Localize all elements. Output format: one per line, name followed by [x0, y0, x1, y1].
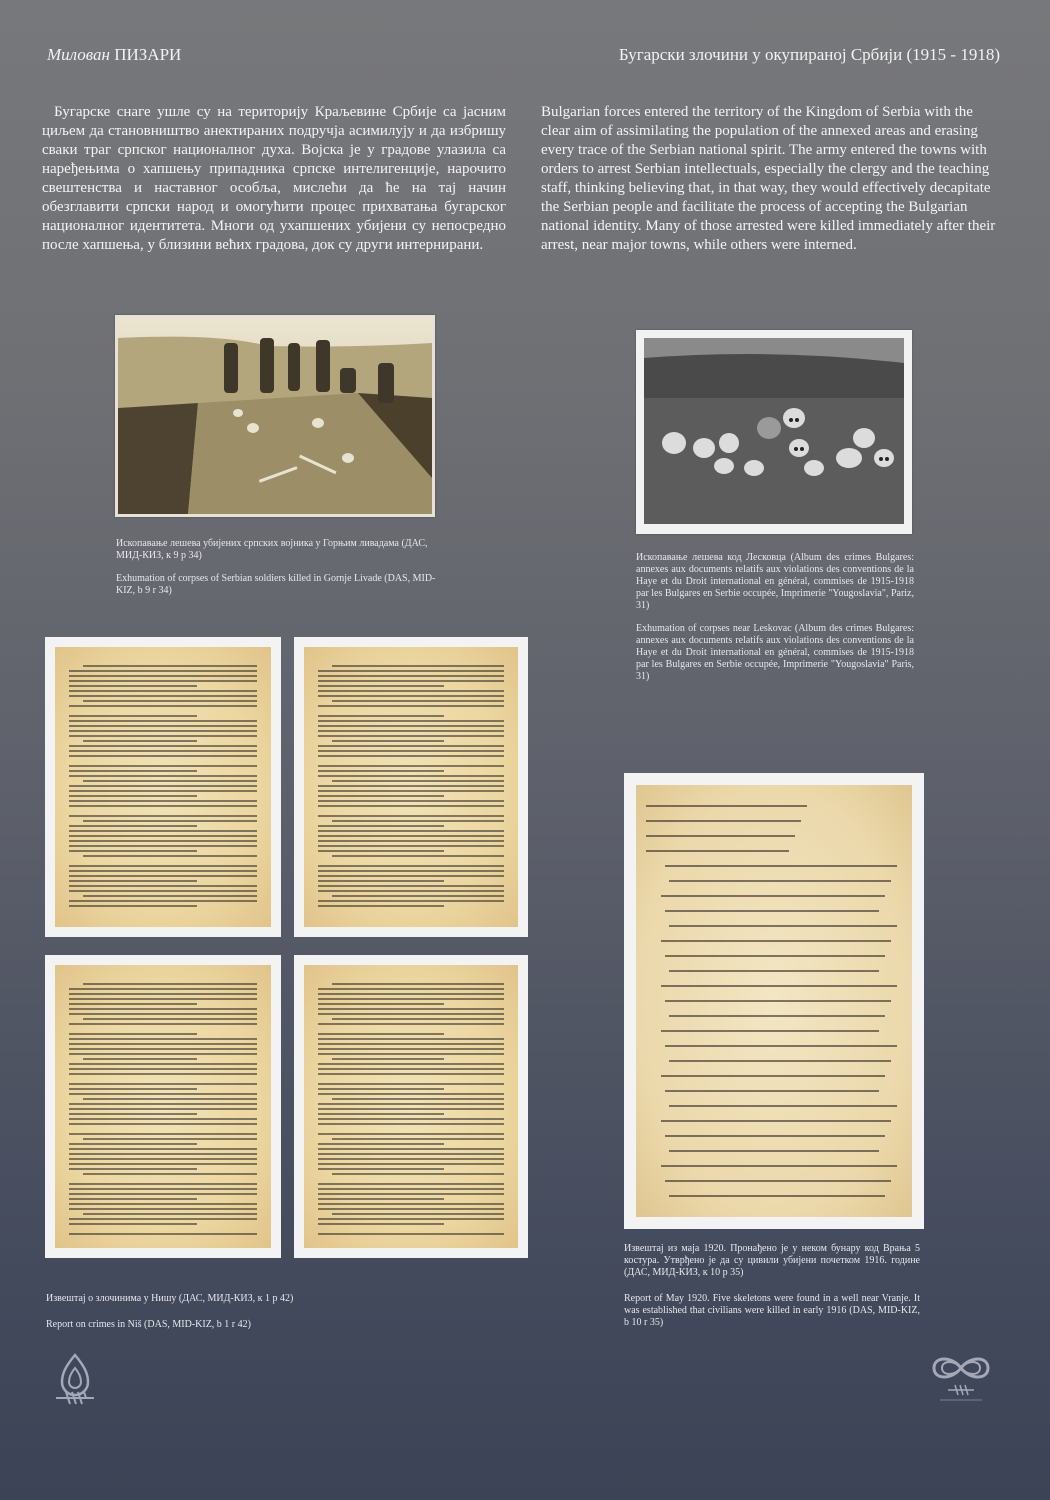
text-line	[69, 745, 257, 747]
text-line	[669, 880, 891, 882]
caption-gornje-livade-en: Exhumation of corpses of Serbian soldier…	[116, 573, 446, 597]
text-line	[669, 1195, 885, 1197]
text-line	[318, 795, 444, 797]
text-line	[318, 1168, 444, 1170]
text-line	[332, 700, 504, 702]
intro-text-serbian: Бугарске снаге ушле су на територију Кра…	[42, 103, 506, 255]
text-line	[318, 1148, 504, 1150]
text-line	[83, 1213, 257, 1215]
text-line	[665, 955, 885, 957]
text-line	[318, 890, 504, 892]
author-last-name: ПИЗАРИ	[114, 45, 181, 64]
author-first-name: Милован	[47, 45, 110, 64]
text-line	[69, 735, 257, 737]
text-line	[332, 1138, 504, 1140]
text-line	[318, 775, 504, 777]
text-line	[318, 805, 504, 807]
text-line	[646, 850, 789, 852]
text-line	[69, 885, 257, 887]
text-line	[69, 1088, 197, 1090]
text-line	[661, 1030, 879, 1032]
text-line	[69, 1048, 257, 1050]
text-line	[332, 1058, 444, 1060]
text-line	[69, 835, 257, 837]
text-line	[318, 1203, 504, 1205]
text-line	[69, 830, 257, 832]
text-line	[69, 1023, 257, 1025]
text-line	[332, 983, 504, 985]
skulls-photo-icon	[644, 338, 904, 524]
infinity-knot-icon	[930, 1352, 992, 1407]
text-line	[318, 830, 504, 832]
text-line	[69, 715, 197, 717]
text-line	[669, 970, 879, 972]
text-line	[69, 1053, 257, 1055]
text-line	[318, 1063, 504, 1065]
text-line	[318, 1073, 504, 1075]
text-line	[661, 1075, 885, 1077]
text-line	[69, 905, 197, 907]
text-line	[318, 815, 504, 817]
exhumation-photo-icon	[118, 318, 432, 514]
text-line	[69, 755, 257, 757]
text-line	[318, 735, 504, 737]
text-line	[318, 675, 504, 677]
text-line	[318, 1038, 504, 1040]
text-line	[332, 855, 504, 857]
text-line	[318, 840, 504, 842]
nis-report-page-3	[45, 955, 281, 1258]
caption-vranje-report-sr: Извештај из маја 1920. Пронађено је у не…	[624, 1243, 920, 1279]
genocide-victims-foundation-logo	[930, 1352, 992, 1407]
text-line	[69, 695, 257, 697]
text-line	[69, 720, 257, 722]
text-line	[318, 1048, 504, 1050]
text-line	[669, 1060, 891, 1062]
text-line	[69, 770, 197, 772]
caption-vranje-report: Извештај из маја 1920. Пронађено је у не…	[624, 1243, 920, 1340]
text-line	[318, 755, 504, 757]
text-line	[318, 1153, 504, 1155]
text-line	[318, 1183, 504, 1185]
text-line	[83, 780, 257, 782]
text-line	[318, 1163, 504, 1165]
text-line	[318, 770, 444, 772]
text-line	[69, 1093, 257, 1095]
text-line	[69, 1218, 257, 1220]
caption-gornje-livade: Ископавање лешева убијених српских војни…	[116, 538, 446, 608]
text-line	[69, 880, 197, 882]
text-line	[332, 1018, 504, 1020]
text-line	[69, 1103, 257, 1105]
text-line	[318, 1003, 444, 1005]
text-line	[318, 1043, 504, 1045]
text-line	[318, 1233, 504, 1235]
text-line	[69, 1063, 257, 1065]
text-line	[318, 750, 504, 752]
text-line	[69, 815, 257, 817]
text-line	[69, 675, 257, 677]
text-line	[318, 993, 504, 995]
text-line	[69, 1168, 197, 1170]
text-line	[318, 1158, 504, 1160]
text-line	[69, 850, 197, 852]
text-line	[69, 865, 257, 867]
photo-gornje-livade	[115, 315, 435, 517]
text-line	[69, 875, 257, 877]
text-line	[69, 765, 257, 767]
text-line	[665, 1180, 891, 1182]
text-line	[318, 715, 444, 717]
text-line	[318, 900, 504, 902]
nis-report-page-1	[45, 637, 281, 937]
caption-vranje-report-en: Report of May 1920. Five skeletons were …	[624, 1293, 920, 1329]
text-line	[318, 1218, 504, 1220]
text-line	[318, 875, 504, 877]
text-line	[318, 850, 444, 852]
text-line	[69, 900, 257, 902]
text-line	[83, 820, 257, 822]
text-line	[661, 1120, 891, 1122]
text-line	[69, 685, 197, 687]
text-line	[646, 820, 801, 822]
text-line	[69, 1143, 197, 1145]
text-line	[83, 1138, 257, 1140]
caption-nis-report-sr: Извештај о злочинима у Нишу (ДАС, МИД-КИ…	[46, 1293, 346, 1305]
text-line	[69, 1108, 257, 1110]
text-line	[69, 1208, 257, 1210]
text-line	[69, 1183, 257, 1185]
text-line	[69, 1223, 197, 1225]
text-line	[318, 1008, 504, 1010]
text-line	[69, 790, 257, 792]
text-line	[318, 1093, 504, 1095]
text-line	[332, 1098, 504, 1100]
caption-leskovac: Ископавање лешева код Лесковца (Album de…	[636, 552, 914, 694]
text-line	[69, 988, 257, 990]
intro-text-english: Bulgarian forces entered the territory o…	[541, 103, 1001, 255]
text-line	[661, 1165, 897, 1167]
text-line	[318, 1053, 504, 1055]
caption-leskovac-sr: Ископавање лешева код Лесковца (Album de…	[636, 552, 914, 612]
text-line	[69, 1163, 257, 1165]
text-line	[83, 740, 197, 742]
text-line	[318, 785, 504, 787]
text-line	[83, 1018, 257, 1020]
typewritten-page	[55, 965, 271, 1248]
text-line	[69, 825, 197, 827]
text-line	[318, 1198, 444, 1200]
text-line	[69, 730, 257, 732]
text-line	[318, 845, 504, 847]
text-line	[69, 805, 257, 807]
text-line	[69, 1123, 257, 1125]
text-line	[661, 985, 897, 987]
text-line	[332, 780, 504, 782]
text-line	[318, 685, 444, 687]
text-line	[318, 998, 504, 1000]
text-line	[83, 665, 257, 667]
typewritten-page	[304, 965, 518, 1248]
text-line	[83, 1098, 257, 1100]
text-line	[69, 785, 257, 787]
text-line	[69, 1003, 197, 1005]
text-line	[69, 1133, 257, 1135]
text-line	[669, 1105, 897, 1107]
text-line	[69, 1193, 257, 1195]
text-line	[69, 1233, 257, 1235]
text-line	[318, 680, 504, 682]
text-line	[318, 1023, 504, 1025]
text-line	[69, 1068, 257, 1070]
text-line	[318, 1083, 504, 1085]
text-line	[69, 800, 257, 802]
text-line	[69, 1073, 257, 1075]
text-line	[69, 998, 257, 1000]
text-line	[318, 720, 504, 722]
text-line	[318, 800, 504, 802]
text-line	[332, 820, 504, 822]
text-line	[318, 690, 504, 692]
text-line	[69, 993, 257, 995]
handwritten-page	[636, 785, 912, 1217]
text-line	[318, 1108, 504, 1110]
text-line	[669, 1150, 879, 1152]
typewritten-page	[55, 647, 271, 927]
text-line	[69, 890, 257, 892]
text-line	[69, 680, 257, 682]
caption-nis-report: Извештај о злочинима у Нишу (ДАС, МИД-КИ…	[46, 1293, 346, 1342]
caption-gornje-livade-sr: Ископавање лешева убијених српских војни…	[116, 538, 446, 562]
text-line	[318, 765, 504, 767]
page-title: Бугарски злочини у окупираној Србији (19…	[619, 45, 1000, 65]
text-line	[69, 1198, 197, 1200]
text-line	[83, 895, 257, 897]
text-line	[69, 690, 257, 692]
text-line	[665, 1045, 897, 1047]
text-line	[69, 1033, 197, 1035]
text-line	[318, 1113, 444, 1115]
text-line	[665, 1135, 885, 1137]
text-line	[69, 1148, 257, 1150]
text-line	[69, 750, 257, 752]
text-line	[332, 740, 444, 742]
text-line	[318, 725, 504, 727]
text-line	[69, 670, 257, 672]
nis-report-page-2	[294, 637, 528, 937]
genocide-museum-logo	[50, 1352, 100, 1412]
text-line	[69, 705, 257, 707]
text-line	[332, 895, 504, 897]
text-line	[318, 730, 504, 732]
text-line	[318, 905, 444, 907]
text-line	[83, 1173, 257, 1175]
text-line	[332, 665, 504, 667]
text-line	[69, 870, 257, 872]
caption-leskovac-en: Exhumation of corpses near Leskovac (Alb…	[636, 623, 914, 683]
text-line	[318, 670, 504, 672]
text-line	[661, 895, 885, 897]
text-line	[69, 775, 257, 777]
text-line	[318, 865, 504, 867]
text-line	[669, 1015, 885, 1017]
text-line	[646, 835, 795, 837]
text-line	[646, 805, 807, 807]
caption-nis-report-en: Report on crimes in Niš (DAS, MID-KIZ, b…	[46, 1319, 346, 1331]
text-line	[665, 1090, 879, 1092]
text-line	[83, 1058, 197, 1060]
text-line	[665, 910, 879, 912]
text-line	[318, 695, 504, 697]
text-line	[318, 1118, 504, 1120]
text-line	[318, 705, 504, 707]
author-name: Милован ПИЗАРИ	[47, 45, 181, 65]
text-line	[69, 725, 257, 727]
text-line	[69, 1043, 257, 1045]
text-line	[318, 1103, 504, 1105]
text-line	[318, 1143, 444, 1145]
typewritten-page	[304, 647, 518, 927]
text-line	[318, 745, 504, 747]
text-line	[69, 1158, 257, 1160]
text-line	[69, 1013, 257, 1015]
text-line	[665, 865, 897, 867]
text-line	[318, 1208, 504, 1210]
text-line	[318, 1033, 444, 1035]
text-line	[69, 1153, 257, 1155]
text-line	[69, 1008, 257, 1010]
text-line	[83, 855, 257, 857]
text-line	[69, 840, 257, 842]
text-line	[83, 983, 257, 985]
text-line	[318, 880, 444, 882]
text-line	[69, 1083, 257, 1085]
text-line	[661, 940, 891, 942]
text-line	[332, 1213, 504, 1215]
text-line	[318, 1193, 504, 1195]
text-line	[332, 1173, 504, 1175]
text-line	[69, 1118, 257, 1120]
text-line	[318, 1123, 504, 1125]
text-line	[69, 845, 257, 847]
text-line	[83, 700, 257, 702]
text-line	[318, 825, 444, 827]
flame-barbed-wire-icon	[50, 1352, 100, 1412]
text-line	[69, 1113, 197, 1115]
text-line	[318, 1013, 504, 1015]
text-line	[318, 1188, 504, 1190]
vranje-report-letter	[624, 773, 924, 1229]
photo-leskovac	[636, 330, 912, 534]
nis-report-page-4	[294, 955, 528, 1258]
text-line	[69, 1188, 257, 1190]
text-line	[318, 885, 504, 887]
text-line	[318, 835, 504, 837]
text-line	[318, 1088, 444, 1090]
text-line	[318, 1223, 444, 1225]
text-line	[69, 1038, 257, 1040]
text-line	[69, 1203, 257, 1205]
text-line	[318, 988, 504, 990]
text-line	[669, 925, 897, 927]
text-line	[69, 795, 197, 797]
text-line	[318, 1068, 504, 1070]
text-line	[318, 790, 504, 792]
text-line	[318, 870, 504, 872]
text-line	[318, 1133, 504, 1135]
text-line	[665, 1000, 891, 1002]
